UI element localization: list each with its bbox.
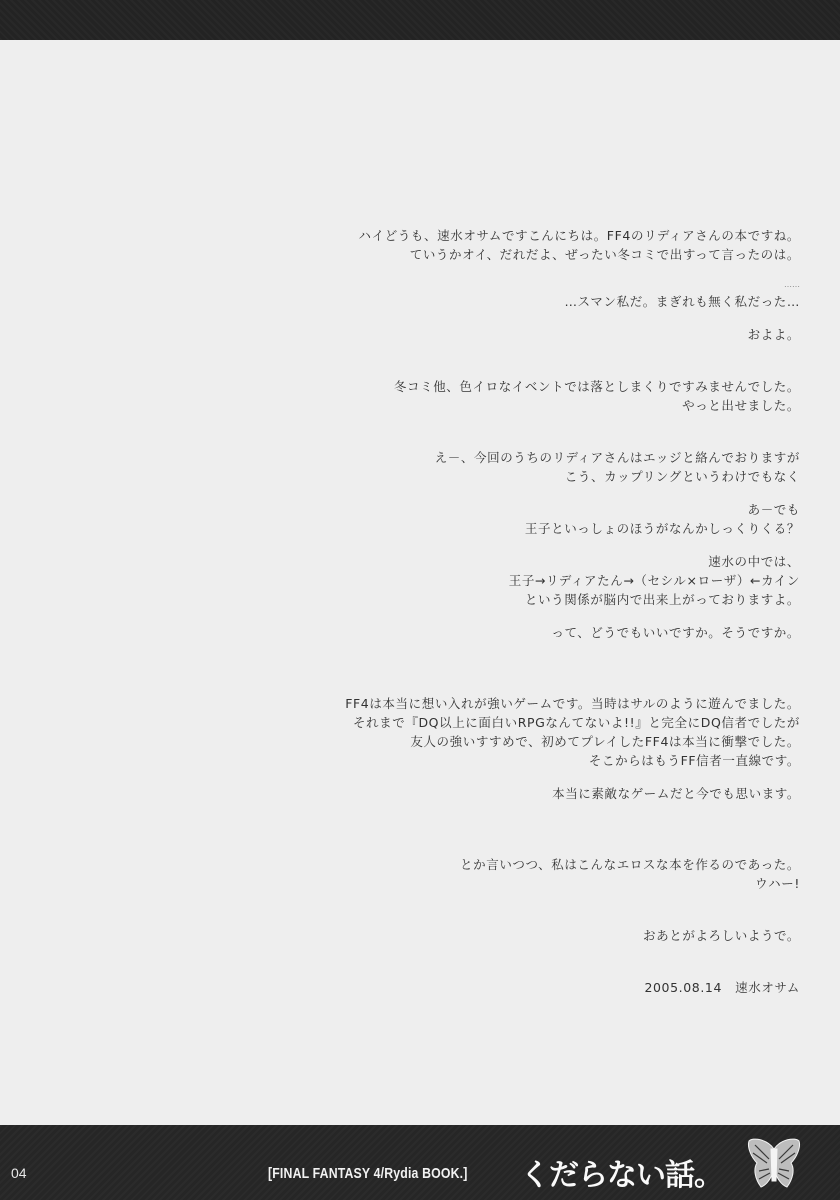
- note-line: 王子といっしょのほうがなんかしっくりくる？: [300, 519, 800, 538]
- note-line: …スマン私だ。まぎれも無く私だった…: [300, 292, 800, 311]
- note-line: おあとがよろしいようで。: [300, 926, 800, 945]
- note-line: こう、カップリングというわけでもなく: [300, 467, 800, 486]
- note-line: あ－でも: [300, 500, 800, 519]
- top-bar: [0, 0, 840, 40]
- note-line: って、どうでもいいですか。そうですか。: [300, 623, 800, 642]
- page-number: 04: [11, 1165, 27, 1181]
- footer-bar: 04 [FINAL FANTASY 4/Rydia BOOK.] くだらない話。: [0, 1125, 840, 1200]
- book-title: [FINAL FANTASY 4/Rydia BOOK.]: [268, 1165, 468, 1182]
- note-line: という関係が脳内で出来上がっておりますよ。: [300, 590, 800, 609]
- note-line: ハイどうも、速水オサムですこんにちは。FF4のリディアさんの本ですね。: [300, 226, 800, 245]
- note-line: 本当に素敵なゲームだと今でも思います。: [300, 784, 800, 803]
- note-line: 王子→リディアたん→（セシル×ローザ）←カイン: [300, 571, 800, 590]
- note-line: それまで『DQ以上に面白いRPGなんてないよ!!』と完全にDQ信者でしたが: [300, 713, 800, 732]
- note-line: そこからはもうFF信者一直線です。: [300, 751, 800, 770]
- note-line: FF4は本当に想い入れが強いゲームです。当時はサルのように遊んでました。: [300, 694, 800, 713]
- note-line: やっと出せました。: [300, 396, 800, 415]
- note-line: およよ。: [300, 325, 800, 344]
- note-line: 友人の強いすすめで、初めてプレイしたFF4は本当に衝撃でした。: [300, 732, 800, 751]
- note-line: 速水の中では、: [300, 552, 800, 571]
- afterword-note: ハイどうも、速水オサムですこんにちは。FF4のリディアさんの本ですね。 ていうか…: [300, 226, 800, 997]
- story-title: くだらない話。: [520, 1150, 723, 1194]
- signature-date: 2005.08.14 速水オサム: [300, 978, 800, 997]
- note-line: え－、今回のうちのリディアさんはエッジと絡んでおりますが: [300, 448, 800, 467]
- note-line: 冬コミ他、色イロなイベントでは落としまくりですみませんでした。: [300, 377, 800, 396]
- note-line: とか言いつつ、私はこんなエロスな本を作るのであった。: [300, 855, 800, 874]
- note-line: ていうかオイ、だれだよ、ぜったい冬コミで出すって言ったのは。: [300, 245, 800, 264]
- note-line: ウハー!: [300, 874, 800, 893]
- ellipsis: ……: [300, 278, 800, 292]
- butterfly-icon: [745, 1135, 803, 1193]
